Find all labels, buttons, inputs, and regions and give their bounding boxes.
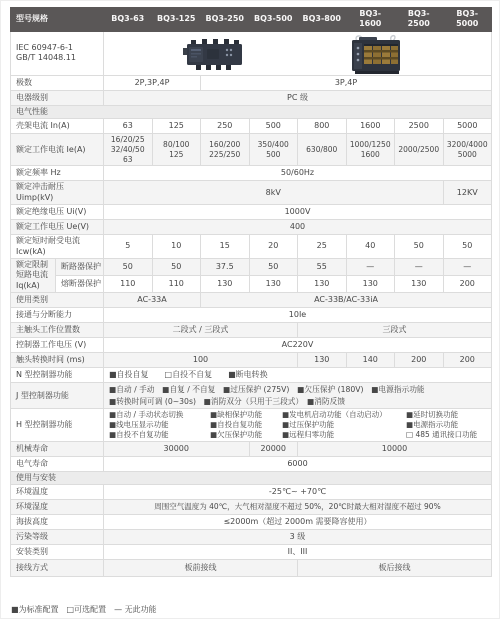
row-label: H 型控制器功能 bbox=[11, 409, 104, 442]
cell: 50 bbox=[443, 235, 492, 259]
cell: 130 bbox=[249, 276, 298, 293]
cell: 500 bbox=[249, 119, 298, 134]
cell: 50 bbox=[152, 258, 201, 275]
h-function-item: ■缺相保护功能 bbox=[210, 410, 278, 420]
cell: 15 bbox=[201, 235, 250, 259]
row-humidity: 环境湿度 周围空气温度为 40℃，大气相对湿度不超过 50%，20℃时最大相对湿… bbox=[11, 500, 492, 515]
row-label: 污染等级 bbox=[11, 530, 104, 545]
cell: — bbox=[395, 258, 444, 275]
cell: 37.5 bbox=[201, 258, 250, 275]
cell: 50 bbox=[395, 235, 444, 259]
row-label: 接线方式 bbox=[11, 560, 104, 577]
cell: 130 bbox=[298, 353, 347, 368]
spec-table: 型号规格 BQ3-63 BQ3-125 BQ3-250 BQ3-500 BQ3-… bbox=[10, 7, 492, 577]
row-label: 机械寿命 bbox=[11, 441, 104, 456]
cell-ui: 1000V bbox=[104, 205, 492, 220]
cell: 630/800 bbox=[298, 134, 347, 166]
row-pollution: 污染等级 3 级 bbox=[11, 530, 492, 545]
section-use-install: 使用与安装 bbox=[11, 471, 492, 484]
cell: 130 bbox=[346, 276, 395, 293]
cell: 10000 bbox=[298, 441, 492, 456]
cell-utilization-right: AC-33B/AC-33iA bbox=[201, 293, 492, 308]
sub-label-breaker: 断路器保护 bbox=[56, 258, 104, 275]
cell: 250 bbox=[201, 119, 250, 134]
row-iq-breaker: 额定限制 短路电流 Iq(kA) 断路器保护 50 50 37.5 50 55 … bbox=[11, 258, 492, 275]
cell: 2000/2500 bbox=[395, 134, 444, 166]
model-header: BQ3-250 bbox=[201, 8, 250, 32]
row-poles: 极数 2P,3P,4P 3P,4P bbox=[11, 75, 492, 90]
row-n-controller: N 型控制器功能 ■自投自复 □自投不自复 ■断电转换 bbox=[11, 368, 492, 383]
row-label: 海拔高度 bbox=[11, 515, 104, 530]
row-wiring: 接线方式 板前接线 板后接线 bbox=[11, 560, 492, 577]
row-label: 安装类别 bbox=[11, 545, 104, 560]
cell-poles-right: 3P,4P bbox=[201, 75, 492, 90]
h-function-item: ■欠压保护功能 bbox=[210, 430, 278, 440]
h-function-item: ■远程归零功能 bbox=[282, 430, 402, 440]
row-label: 额定频率 Hz bbox=[11, 166, 104, 181]
cell: 25 bbox=[298, 235, 347, 259]
row-label: 额定短时耐受电流 Icw(kA) bbox=[11, 235, 104, 259]
cell-humidity: 周围空气温度为 40℃，大气相对湿度不超过 50%，20℃时最大相对湿度不超过 … bbox=[104, 500, 492, 515]
row-rated-current: 额定工作电流 Ie(A) 16/20/25 32/40/50 63 80/100… bbox=[11, 134, 492, 166]
row-ambient-temp: 环境温度 -25℃~ +70℃ bbox=[11, 485, 492, 500]
h-function-item: ■自投不自复功能 bbox=[109, 430, 206, 440]
row-device-class: 电器级别 PC 级 bbox=[11, 90, 492, 105]
row-mechanical-life: 机械寿命 30000 20000 10000 bbox=[11, 441, 492, 456]
row-label: 额定冲击耐压 Uimp(kV) bbox=[11, 181, 104, 205]
model-header: BQ3-1600 bbox=[346, 8, 395, 32]
cell-ue: 400 bbox=[104, 220, 492, 235]
row-ui: 额定绝缘电压 Ui(V) 1000V bbox=[11, 205, 492, 220]
cell-install-category: II、III bbox=[104, 545, 492, 560]
cell: 2500 bbox=[395, 119, 444, 134]
cell: 20 bbox=[249, 235, 298, 259]
row-uimp: 额定冲击耐压 Uimp(kV) 8kV 12KV bbox=[11, 181, 492, 205]
cell: 3200/4000 5000 bbox=[443, 134, 492, 166]
ats-product-image-small bbox=[182, 36, 246, 72]
row-frequency: 额定频率 Hz 50/60Hz bbox=[11, 166, 492, 181]
cell: 130 bbox=[298, 276, 347, 293]
h-function-item: □ 485 通讯接口功能 bbox=[406, 430, 489, 440]
cell-controller-voltage: AC220V bbox=[104, 338, 492, 353]
row-label: 接通与分断能力 bbox=[11, 308, 104, 323]
row-making-breaking: 接通与分断能力 10Ie bbox=[11, 308, 492, 323]
row-label: 主触头工作位置数 bbox=[11, 323, 104, 338]
model-header: BQ3-5000 bbox=[443, 8, 492, 32]
row-label: 极数 bbox=[11, 75, 104, 90]
cell-h-controller-functions: ■自动 / 手动状态切换 ■缺相保护功能 ■发电机启动功能（自动启动） ■延时切… bbox=[104, 409, 492, 442]
cell: 125 bbox=[152, 119, 201, 134]
row-label: 电气寿命 bbox=[11, 456, 104, 471]
cell-positions-left: 二段式 / 三段式 bbox=[104, 323, 298, 338]
row-ue: 额定工作电压 Ue(V) 400 bbox=[11, 220, 492, 235]
section-electrical-performance: 电气性能 bbox=[11, 105, 492, 118]
cell: 1000/1250 1600 bbox=[346, 134, 395, 166]
product-images-cell bbox=[104, 31, 492, 75]
ats-product-image-large bbox=[347, 33, 407, 75]
cell-wiring-front: 板前接线 bbox=[104, 560, 298, 577]
table-title: 型号规格 bbox=[11, 8, 104, 32]
h-function-item: ■线电压显示功能 bbox=[109, 420, 206, 430]
row-contact-positions: 主触头工作位置数 二段式 / 三段式 三段式 bbox=[11, 323, 492, 338]
cell: 110 bbox=[152, 276, 201, 293]
cell: 130 bbox=[201, 276, 250, 293]
cell-n-controller-functions: ■自投自复 □自投不自复 ■断电转换 bbox=[104, 368, 492, 383]
cell-making-breaking: 10Ie bbox=[104, 308, 492, 323]
row-j-controller: J 型控制器功能 ■自动 / 手动 ■自复 / 不自复 ■过压保护 (275V)… bbox=[11, 383, 492, 409]
cell-wiring-rear: 板后接线 bbox=[298, 560, 492, 577]
cell-positions-right: 三段式 bbox=[298, 323, 492, 338]
cell: 200 bbox=[443, 276, 492, 293]
cell: 5 bbox=[104, 235, 153, 259]
j-functions-line2: ■转换时间可调 (0~30s) ■消防双分（只用于三段式） ■消防反馈 bbox=[109, 396, 489, 408]
row-install-category: 安装类别 II、III bbox=[11, 545, 492, 560]
row-label: 触头转换时间 (ms) bbox=[11, 353, 104, 368]
row-frame-current: 壳架电流 In(A) 63 125 250 500 800 1600 2500 … bbox=[11, 119, 492, 134]
cell-j-controller-functions: ■自动 / 手动 ■自复 / 不自复 ■过压保护 (275V) ■欠压保护 (1… bbox=[104, 383, 492, 409]
h-function-item: ■自投自复功能 bbox=[210, 420, 278, 430]
cell: 50 bbox=[249, 258, 298, 275]
cell-utilization-left: AC-33A bbox=[104, 293, 201, 308]
row-label: 控制器工作电压 (V) bbox=[11, 338, 104, 353]
row-electrical-life: 电气寿命 6000 bbox=[11, 456, 492, 471]
cell: — bbox=[346, 258, 395, 275]
standards-label: IEC 60947-6-1 GB/T 14048.11 bbox=[11, 31, 104, 75]
row-utilization: 使用类别 AC-33A AC-33B/AC-33iA bbox=[11, 293, 492, 308]
spec-sheet: 型号规格 BQ3-63 BQ3-125 BQ3-250 BQ3-500 BQ3-… bbox=[0, 0, 500, 619]
row-label: 壳架电流 In(A) bbox=[11, 119, 104, 134]
cell: 140 bbox=[346, 353, 395, 368]
row-icw: 额定短时耐受电流 Icw(kA) 5 10 15 20 25 40 50 50 bbox=[11, 235, 492, 259]
cell: 10 bbox=[152, 235, 201, 259]
cell-pollution: 3 级 bbox=[104, 530, 492, 545]
cell: 40 bbox=[346, 235, 395, 259]
row-label: 环境湿度 bbox=[11, 500, 104, 515]
row-h-controller: H 型控制器功能 ■自动 / 手动状态切换 ■缺相保护功能 ■发电机启动功能（自… bbox=[11, 409, 492, 442]
cell: 50 bbox=[104, 258, 153, 275]
cell: 63 bbox=[104, 119, 153, 134]
table-header-row: 型号规格 BQ3-63 BQ3-125 BQ3-250 BQ3-500 BQ3-… bbox=[11, 8, 492, 32]
standard-iec: IEC 60947-6-1 bbox=[16, 43, 101, 53]
legend-note: ■为标准配置 □可选配置 — 无此功能 bbox=[11, 604, 157, 615]
cell: 20000 bbox=[249, 441, 298, 456]
row-label: 额定绝缘电压 Ui(V) bbox=[11, 205, 104, 220]
cell-frequency: 50/60Hz bbox=[104, 166, 492, 181]
cell: 55 bbox=[298, 258, 347, 275]
row-altitude: 海拔高度 ≤2000m（超过 2000m 需要降容使用） bbox=[11, 515, 492, 530]
cell: 30000 bbox=[104, 441, 250, 456]
row-label: J 型控制器功能 bbox=[11, 383, 104, 409]
cell: 130 bbox=[395, 276, 444, 293]
cell: 5000 bbox=[443, 119, 492, 134]
row-transfer-time: 触头转换时间 (ms) 100 130 140 200 200 bbox=[11, 353, 492, 368]
standards-row: IEC 60947-6-1 GB/T 14048.11 bbox=[11, 31, 492, 75]
section-title: 使用与安装 bbox=[11, 471, 492, 484]
cell-device-class: PC 级 bbox=[104, 90, 492, 105]
h-function-item: ■电源指示功能 bbox=[406, 420, 489, 430]
cell: 100 bbox=[104, 353, 298, 368]
h-function-item: ■发电机启动功能（自动启动） bbox=[282, 410, 402, 420]
cell-uimp-main: 8kV bbox=[104, 181, 444, 205]
model-header: BQ3-800 bbox=[298, 8, 347, 32]
row-label: 额定工作电流 Ie(A) bbox=[11, 134, 104, 166]
cell: 80/100 125 bbox=[152, 134, 201, 166]
j-functions-line1: ■自动 / 手动 ■自复 / 不自复 ■过压保护 (275V) ■欠压保护 (1… bbox=[109, 384, 489, 396]
row-controller-voltage: 控制器工作电压 (V) AC220V bbox=[11, 338, 492, 353]
model-header: BQ3-2500 bbox=[395, 8, 444, 32]
section-title: 电气性能 bbox=[11, 105, 492, 118]
standard-gb: GB/T 14048.11 bbox=[16, 53, 101, 63]
row-label: 环境温度 bbox=[11, 485, 104, 500]
model-header: BQ3-500 bbox=[249, 8, 298, 32]
model-header: BQ3-125 bbox=[152, 8, 201, 32]
h-function-item: ■延时切换功能 bbox=[406, 410, 489, 420]
row-label: 使用类别 bbox=[11, 293, 104, 308]
h-function-item: ■过压保护功能 bbox=[282, 420, 402, 430]
cell: 200 bbox=[395, 353, 444, 368]
h-function-item: ■自动 / 手动状态切换 bbox=[109, 410, 206, 420]
cell-electrical-life: 6000 bbox=[104, 456, 492, 471]
cell-altitude: ≤2000m（超过 2000m 需要降容使用） bbox=[104, 515, 492, 530]
cell: 200 bbox=[443, 353, 492, 368]
cell-uimp-last: 12KV bbox=[443, 181, 492, 205]
cell: 800 bbox=[298, 119, 347, 134]
cell: 1600 bbox=[346, 119, 395, 134]
cell: — bbox=[443, 258, 492, 275]
cell: 160/200 225/250 bbox=[201, 134, 250, 166]
row-label: 电器级别 bbox=[11, 90, 104, 105]
cell-ambient-temp: -25℃~ +70℃ bbox=[104, 485, 492, 500]
model-header: BQ3-63 bbox=[104, 8, 153, 32]
cell: 110 bbox=[104, 276, 153, 293]
row-label-iq: 额定限制 短路电流 Iq(kA) bbox=[11, 258, 56, 292]
row-label: 额定工作电压 Ue(V) bbox=[11, 220, 104, 235]
sub-label-fuse: 熔断器保护 bbox=[56, 276, 104, 293]
cell: 350/400 500 bbox=[249, 134, 298, 166]
cell: 16/20/25 32/40/50 63 bbox=[104, 134, 153, 166]
cell-poles-left: 2P,3P,4P bbox=[104, 75, 201, 90]
row-iq-fuse: 熔断器保护 110 110 130 130 130 130 130 200 bbox=[11, 276, 492, 293]
row-label: N 型控制器功能 bbox=[11, 368, 104, 383]
